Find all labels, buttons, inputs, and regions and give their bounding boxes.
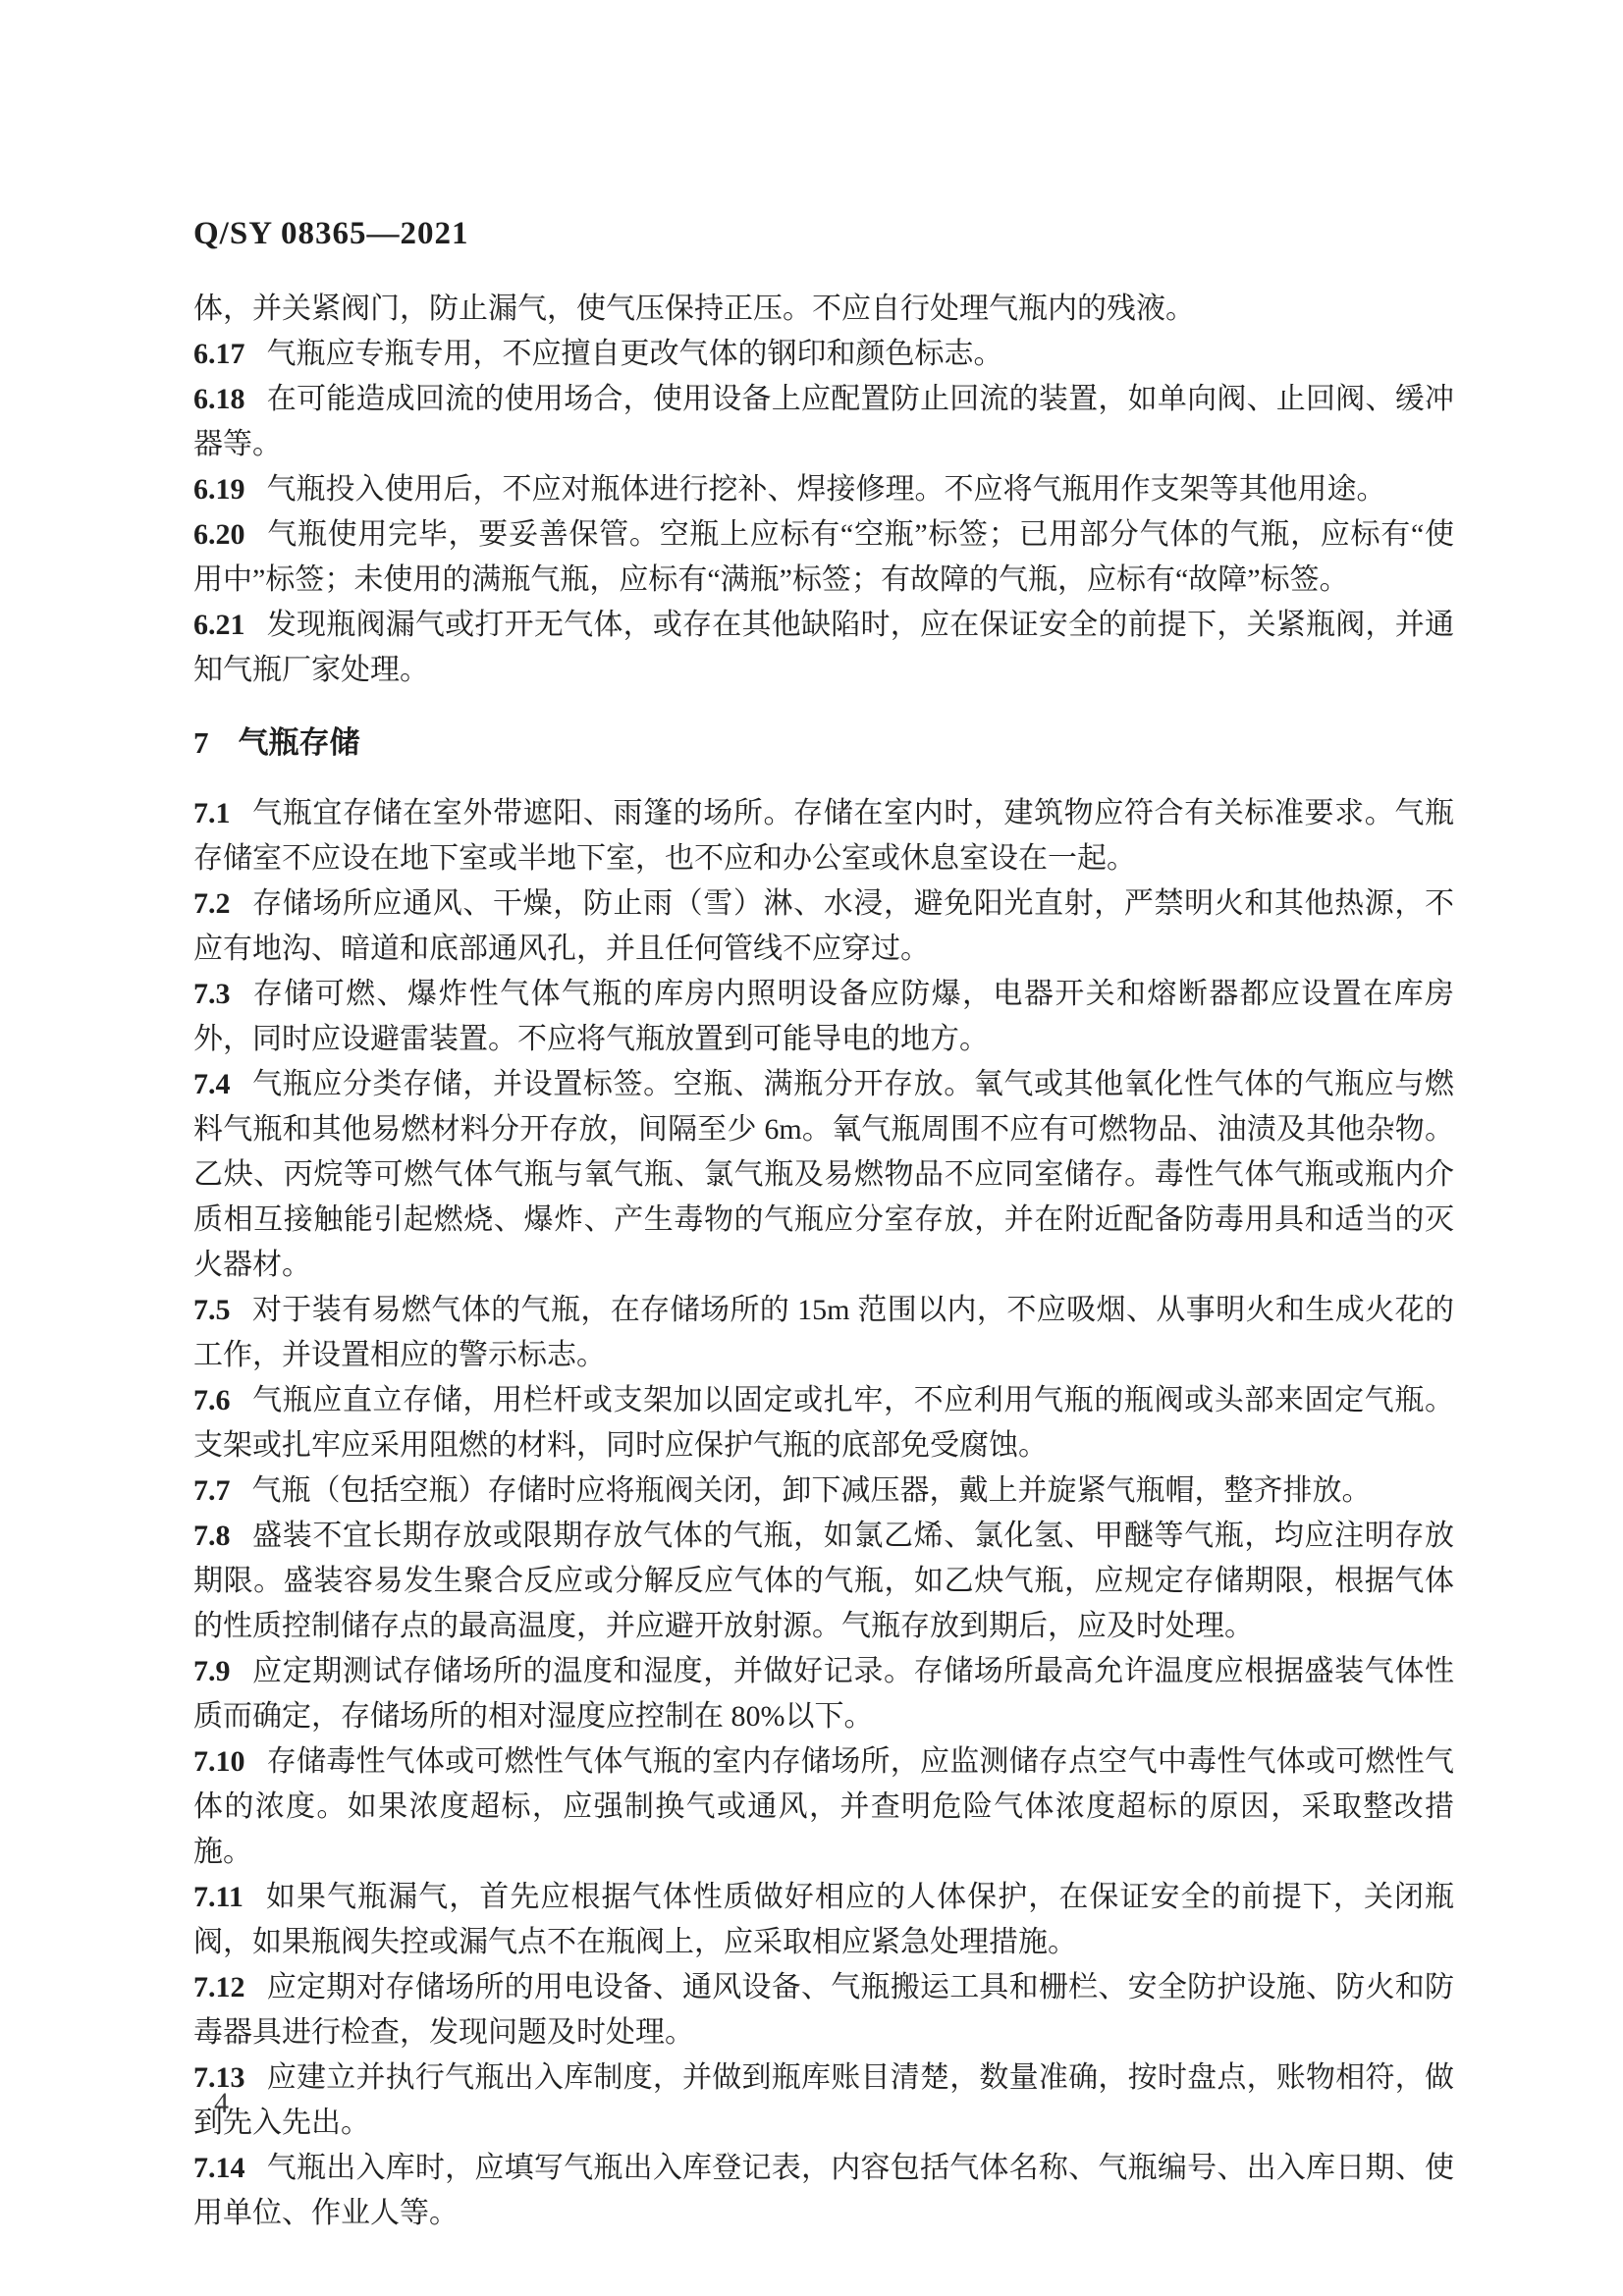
clause-paragraph: 7.10存储毒性气体或可燃性气体气瓶的室内存储场所，应监测储存点空气中毒性气体或… — [193, 1739, 1454, 1875]
clause-number: 6.18 — [193, 383, 245, 415]
clause-paragraph: 7.14气瓶出入库时，应填写气瓶出入库登记表，内容包括气体名称、气瓶编号、出入库… — [193, 2146, 1454, 2236]
clause-number: 7.3 — [193, 978, 231, 1010]
clause-text: 气瓶（包括空瓶）存储时应将瓶阀关闭，卸下减压器，戴上并旋紧气瓶帽，整齐排放。 — [252, 1474, 1372, 1507]
page-number: 4 — [214, 2087, 229, 2120]
clause-number: 7.10 — [193, 1745, 245, 1778]
clause-paragraph: 6.17气瓶应专瓶专用，不应擅自更改气体的钢印和颜色标志。 — [193, 332, 1454, 377]
clause-text: 应建立并执行气瓶出入库制度，并做到瓶库账目清楚，数量准确，按时盘点，账物相符，做… — [193, 2061, 1454, 2139]
clause-paragraph: 7.4气瓶应分类存储，并设置标签。空瓶、满瓶分开存放。氧气或其他氧化性气体的气瓶… — [193, 1062, 1454, 1288]
clause-text: 对于装有易燃气体的气瓶，在存储场所的 15m 范围以内，不应吸烟、从事明火和生成… — [193, 1294, 1454, 1371]
clause-number: 7.9 — [193, 1655, 231, 1687]
section-title: 气瓶存储 — [239, 725, 360, 760]
clause-text: 体，并关紧阀门，防止漏气，使气压保持正压。不应自行处理气瓶内的残液。 — [193, 293, 1195, 325]
section-heading: 7气瓶存储 — [193, 721, 1454, 766]
clause-paragraph: 7.11如果气瓶漏气，首先应根据气体性质做好相应的人体保护，在保证安全的前提下，… — [193, 1875, 1454, 1965]
clause-text: 应定期对存储场所的用电设备、通风设备、气瓶搬运工具和栅栏、安全防护设施、防火和防… — [193, 1971, 1454, 2049]
clause-number: 7.12 — [193, 1971, 245, 2003]
clause-text: 气瓶出入库时，应填写气瓶出入库登记表，内容包括气体名称、气瓶编号、出入库日期、使… — [193, 2152, 1454, 2229]
clause-number: 7.6 — [193, 1384, 231, 1416]
clause-paragraph: 6.20气瓶使用完毕，要妥善保管。空瓶上应标有“空瓶”标签；已用部分气体的气瓶，… — [193, 512, 1454, 603]
document-page: Q/SY 08365—2021 体，并关紧阀门，防止漏气，使气压保持正压。不应自… — [0, 0, 1623, 2296]
clause-number: 7.7 — [193, 1474, 231, 1507]
clause-paragraph: 7.5对于装有易燃气体的气瓶，在存储场所的 15m 范围以内，不应吸烟、从事明火… — [193, 1288, 1454, 1378]
clause-paragraph: 7.2存储场所应通风、干燥，防止雨（雪）淋、水浸，避免阳光直射，严禁明火和其他热… — [193, 881, 1454, 972]
clause-text: 发现瓶阀漏气或打开无气体，或存在其他缺陷时，应在保证安全的前提下，关紧瓶阀，并通… — [193, 609, 1454, 686]
clause-paragraph: 7.12应定期对存储场所的用电设备、通风设备、气瓶搬运工具和栅栏、安全防护设施、… — [193, 1965, 1454, 2056]
continuation-paragraph: 体，并关紧阀门，防止漏气，使气压保持正压。不应自行处理气瓶内的残液。 — [193, 287, 1454, 332]
clause-number: 7.4 — [193, 1068, 231, 1100]
clause-number: 6.17 — [193, 338, 245, 370]
clause-paragraph: 7.7气瓶（包括空瓶）存储时应将瓶阀关闭，卸下减压器，戴上并旋紧气瓶帽，整齐排放… — [193, 1468, 1454, 1514]
clause-number: 7.5 — [193, 1294, 231, 1326]
clause-text: 气瓶使用完毕，要妥善保管。空瓶上应标有“空瓶”标签；已用部分气体的气瓶，应标有“… — [193, 518, 1454, 596]
clause-paragraph: 6.21发现瓶阀漏气或打开无气体，或存在其他缺陷时，应在保证安全的前提下，关紧瓶… — [193, 603, 1454, 693]
clause-text: 存储可燃、爆炸性气体气瓶的库房内照明设备应防爆，电器开关和熔断器都应设置在库房外… — [193, 978, 1454, 1055]
clause-text: 存储毒性气体或可燃性气体气瓶的室内存储场所，应监测储存点空气中毒性气体或可燃性气… — [193, 1745, 1454, 1868]
clause-text: 气瓶应分类存储，并设置标签。空瓶、满瓶分开存放。氧气或其他氧化性气体的气瓶应与燃… — [193, 1068, 1454, 1281]
clause-text: 气瓶投入使用后，不应对瓶体进行挖补、焊接修理。不应将气瓶用作支架等其他用途。 — [267, 473, 1386, 506]
clause-text: 如果气瓶漏气，首先应根据气体性质做好相应的人体保护，在保证安全的前提下，关闭瓶阀… — [193, 1881, 1454, 1958]
document-body: 体，并关紧阀门，防止漏气，使气压保持正压。不应自行处理气瓶内的残液。6.17气瓶… — [193, 287, 1454, 2236]
clause-text: 存储场所应通风、干燥，防止雨（雪）淋、水浸，避免阳光直射，严禁明火和其他热源，不… — [193, 887, 1454, 965]
standard-number-header: Q/SY 08365—2021 — [193, 216, 469, 252]
clause-text: 气瓶应专瓶专用，不应擅自更改气体的钢印和颜色标志。 — [267, 338, 1003, 370]
section-number: 7 — [193, 725, 209, 760]
clause-paragraph: 7.13应建立并执行气瓶出入库制度，并做到瓶库账目清楚，数量准确，按时盘点，账物… — [193, 2056, 1454, 2146]
clause-number: 7.14 — [193, 2152, 245, 2184]
clause-number: 7.1 — [193, 797, 231, 829]
clause-paragraph: 7.8盛装不宜长期存放或限期存放气体的气瓶，如氯乙烯、氯化氢、甲醚等气瓶，均应注… — [193, 1514, 1454, 1649]
clause-paragraph: 6.18在可能造成回流的使用场合，使用设备上应配置防止回流的装置，如单向阀、止回… — [193, 377, 1454, 467]
clause-number: 7.11 — [193, 1881, 243, 1913]
clause-number: 6.19 — [193, 473, 245, 506]
clause-text: 气瓶宜存储在室外带遮阳、雨篷的场所。存储在室内时，建筑物应符合有关标准要求。气瓶… — [193, 797, 1454, 875]
clause-paragraph: 7.9应定期测试存储场所的温度和湿度，并做好记录。存储场所最高允许温度应根据盛装… — [193, 1649, 1454, 1739]
clause-text: 气瓶应直立存储，用栏杆或支架加以固定或扎牢，不应利用气瓶的瓶阀或头部来固定气瓶。… — [193, 1384, 1454, 1462]
clause-text: 在可能造成回流的使用场合，使用设备上应配置防止回流的装置，如单向阀、止回阀、缓冲… — [193, 383, 1454, 460]
clause-number: 7.8 — [193, 1520, 231, 1552]
clause-number: 7.2 — [193, 887, 231, 920]
clause-text: 应定期测试存储场所的温度和湿度，并做好记录。存储场所最高允许温度应根据盛装气体性… — [193, 1655, 1454, 1733]
clause-text: 盛装不宜长期存放或限期存放气体的气瓶，如氯乙烯、氯化氢、甲醚等气瓶，均应注明存放… — [193, 1520, 1454, 1642]
clause-paragraph: 7.6气瓶应直立存储，用栏杆或支架加以固定或扎牢，不应利用气瓶的瓶阀或头部来固定… — [193, 1378, 1454, 1468]
clause-number: 6.21 — [193, 609, 245, 641]
clause-paragraph: 7.1气瓶宜存储在室外带遮阳、雨篷的场所。存储在室内时，建筑物应符合有关标准要求… — [193, 791, 1454, 881]
clause-paragraph: 7.3存储可燃、爆炸性气体气瓶的库房内照明设备应防爆，电器开关和熔断器都应设置在… — [193, 972, 1454, 1062]
clause-paragraph: 6.19气瓶投入使用后，不应对瓶体进行挖补、焊接修理。不应将气瓶用作支架等其他用… — [193, 467, 1454, 512]
clause-number: 6.20 — [193, 518, 245, 551]
